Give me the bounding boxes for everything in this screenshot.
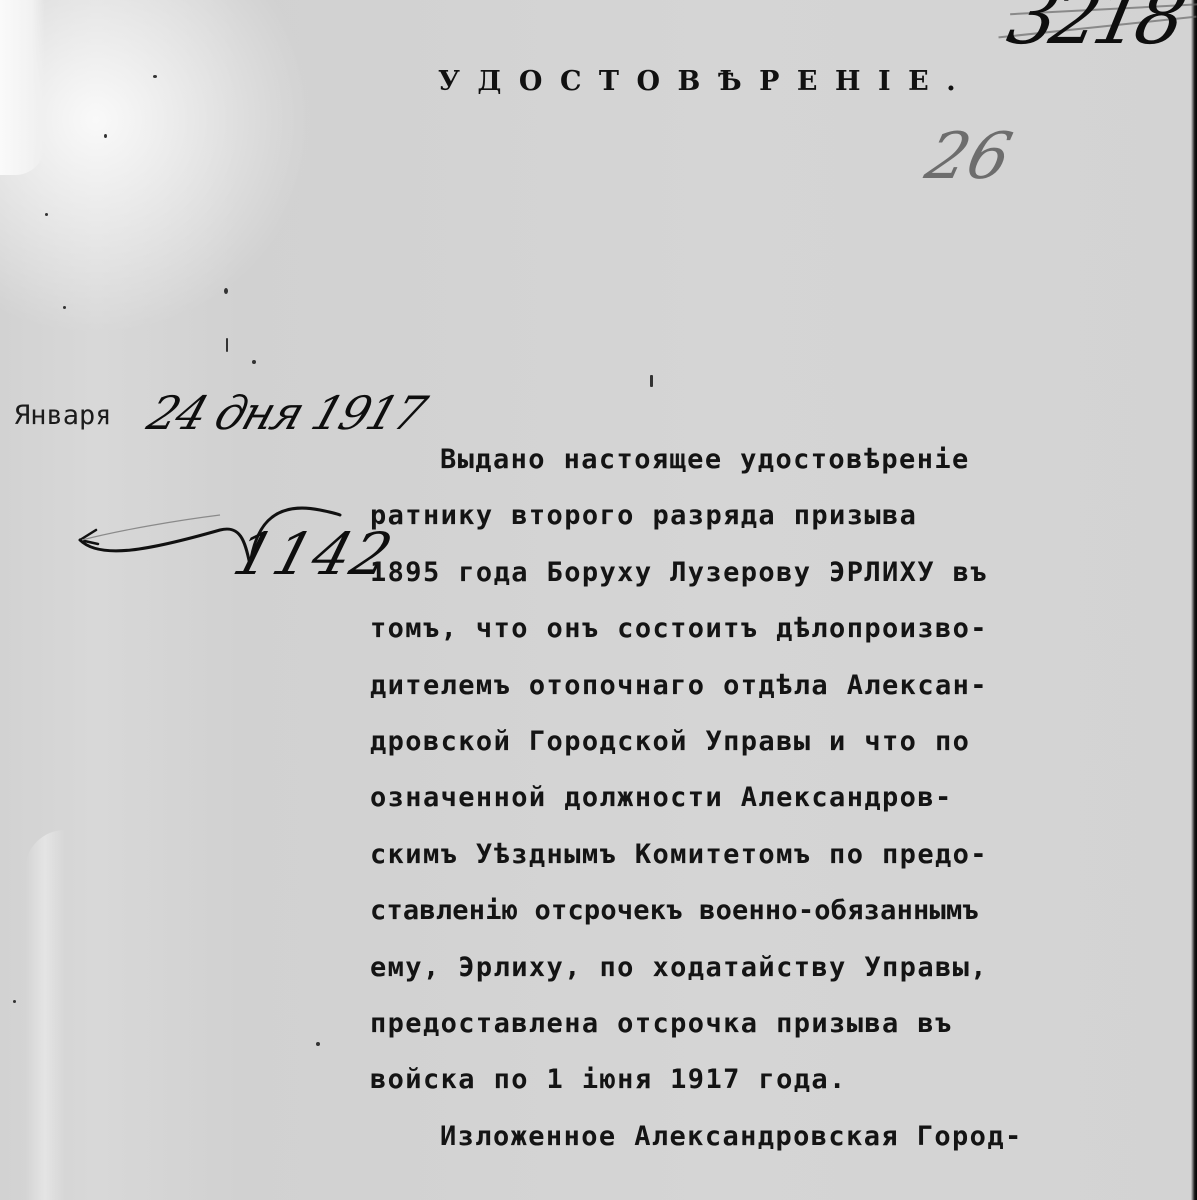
dust-speck (650, 375, 653, 387)
dust-speck (224, 288, 228, 294)
body-line: предоставлена отсрочка призыва въ (370, 996, 1170, 1052)
body-line: войска по 1 іюня 1917 года. (370, 1052, 1170, 1108)
dust-speck (252, 360, 256, 364)
body-line: означенной должности Александров- (370, 770, 1170, 826)
dust-speck (63, 306, 66, 309)
body-line: 1895 года Боруху Лузерову ЭРЛИХУ въ (370, 545, 1170, 601)
document-title: УДОСТОВѢРЕНІЕ. (438, 66, 973, 97)
sheet-number-handwritten: 26 (919, 120, 1019, 194)
dust-speck (13, 1000, 16, 1003)
page-edge-shadow (1191, 0, 1197, 1200)
body-line: дителемъ отопочнаго отдѣла Алексан- (370, 658, 1170, 714)
document-page: УДОСТОВѢРЕНІЕ. 3218 26 Января 24 дня 191… (0, 0, 1197, 1200)
body-line: Выдано настоящее удостовѣреніе (370, 432, 1170, 488)
body-line: дровской Городской Управы и что по (370, 714, 1170, 770)
body-line: томъ, что онъ состоитъ дѣлопроизво- (370, 601, 1170, 657)
body-line: ратнику второго разряда призыва (370, 488, 1170, 544)
dust-speck (226, 338, 228, 352)
body-line: Изложенное Александровская Город- (370, 1109, 1170, 1165)
body-line: ему, Эрлиху, по ходатайству Управы, (370, 940, 1170, 996)
archive-number-handwritten: 3218 (1001, 0, 1189, 61)
light-flare (0, 0, 45, 175)
date-label: Января (14, 400, 112, 431)
body-line: скимъ Уѣзднымъ Комитетомъ по предо- (370, 827, 1170, 883)
document-body: Выдано настоящее удостовѣреніе ратнику в… (370, 432, 1170, 1165)
dust-speck (104, 134, 107, 138)
dust-speck (316, 1042, 320, 1046)
dust-speck (153, 75, 157, 78)
dust-speck (45, 213, 48, 216)
body-line: ставленію отсрочекъ военно-обязаннымъ (370, 883, 1170, 939)
paper-fold (25, 830, 65, 1200)
